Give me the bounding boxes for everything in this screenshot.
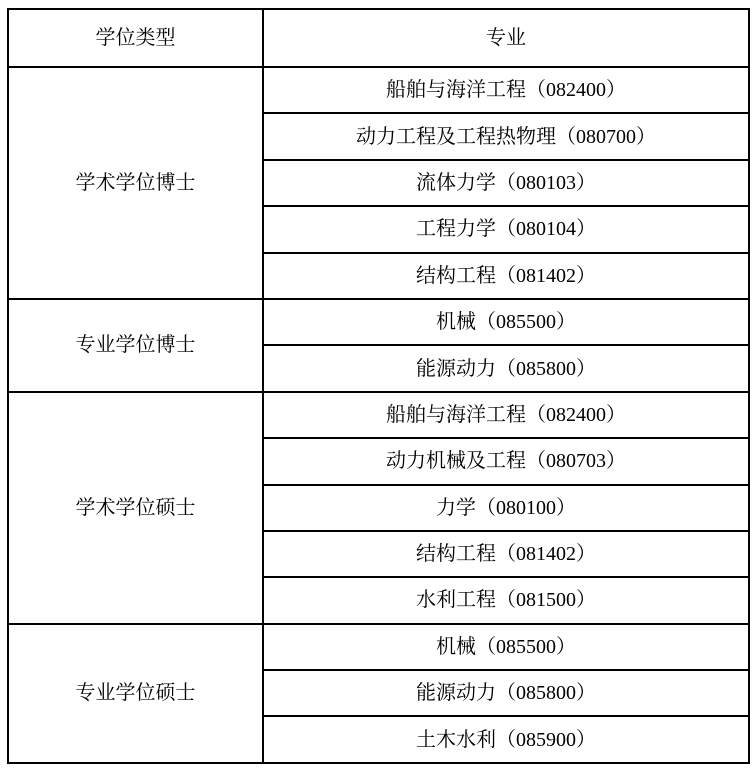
table-body: 学术学位博士船舶与海洋工程（082400）动力工程及工程热物理（080700）流…	[8, 67, 749, 763]
major-cell: 流体力学（080103）	[263, 160, 749, 206]
major-cell: 土木水利（085900）	[263, 716, 749, 762]
major-cell: 结构工程（081402）	[263, 531, 749, 577]
major-cell: 船舶与海洋工程（082400）	[263, 392, 749, 438]
table-row: 学术学位博士船舶与海洋工程（082400）	[8, 67, 749, 113]
major-cell: 力学（080100）	[263, 485, 749, 531]
header-major: 专业	[263, 9, 749, 67]
major-cell: 机械（085500）	[263, 624, 749, 670]
degree-majors-table: 学位类型 专业 学术学位博士船舶与海洋工程（082400）动力工程及工程热物理（…	[7, 8, 750, 764]
header-degree-type: 学位类型	[8, 9, 263, 67]
major-cell: 能源动力（085800）	[263, 345, 749, 391]
degree-type-cell: 专业学位博士	[8, 299, 263, 392]
major-cell: 机械（085500）	[263, 299, 749, 345]
major-cell: 动力机械及工程（080703）	[263, 438, 749, 484]
major-cell: 结构工程（081402）	[263, 253, 749, 299]
major-cell: 船舶与海洋工程（082400）	[263, 67, 749, 113]
table-row: 学术学位硕士船舶与海洋工程（082400）	[8, 392, 749, 438]
major-cell: 水利工程（081500）	[263, 577, 749, 623]
degree-type-cell: 专业学位硕士	[8, 624, 263, 763]
major-cell: 工程力学（080104）	[263, 206, 749, 252]
header-row: 学位类型 专业	[8, 9, 749, 67]
degree-type-cell: 学术学位硕士	[8, 392, 263, 624]
table-row: 专业学位博士机械（085500）	[8, 299, 749, 345]
major-cell: 动力工程及工程热物理（080700）	[263, 113, 749, 159]
document-page: 学位类型 专业 学术学位博士船舶与海洋工程（082400）动力工程及工程热物理（…	[0, 0, 755, 770]
degree-type-cell: 学术学位博士	[8, 67, 263, 299]
major-cell: 能源动力（085800）	[263, 670, 749, 716]
table-row: 专业学位硕士机械（085500）	[8, 624, 749, 670]
